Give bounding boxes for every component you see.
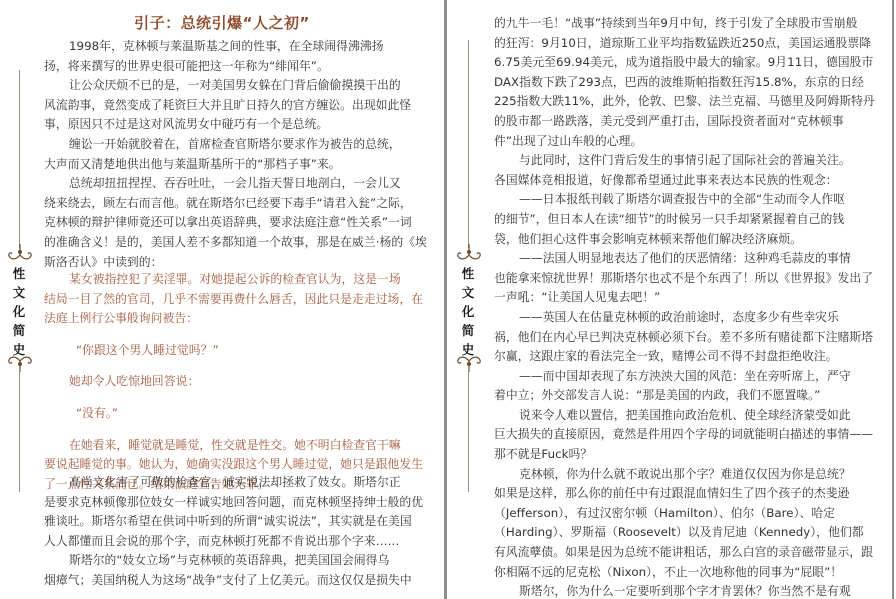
scroll-ornament-icon [5,352,35,374]
right-page: 性 文 化 简 史 的九牛一毛！“战事”持续到当年9月中旬，终于引发了全球股市雪… [451,0,892,599]
margin-rule-bottom [19,372,20,492]
sidebar-book-title: 性 文 化 简 史 [9,264,29,359]
block-quote: 某女被指控犯了卖淫罪。对她提起公诉的检查官认为，这是一场 结局一目了然的官司，几… [44,270,423,494]
scroll-ornament-icon [454,242,484,264]
margin-rule-bottom [468,372,469,492]
body-text: 的九牛一毛！“战事”持续到当年9月中旬，终于引发了全球股市雪崩般 的狂泻：9月1… [494,14,875,599]
margin-rule-top [468,40,469,248]
page-divider [444,0,447,599]
left-page: 引子：总统引爆“人之初” 性 文 化 简 史 1998年，克林顿与莱温斯基之间的… [0,0,444,599]
margin-rule-top [19,70,20,248]
body-text: 1998年，克林顿与莱温斯基之间的性事，在全球闹得沸沸扬 扬，将来撰写的世界史很… [44,37,427,272]
scroll-ornament-icon [5,242,35,264]
scroll-ornament-icon [454,352,484,374]
sidebar-book-title: 性 文 化 简 史 [458,264,478,359]
chapter-title: 引子：总统引爆“人之初” [0,12,444,33]
body-text-continued: 高尚文化害了可敬的检查官，诚实说法却拯救了妓女。斯塔尔正 是要求克林顿像那位妓女… [44,473,423,591]
